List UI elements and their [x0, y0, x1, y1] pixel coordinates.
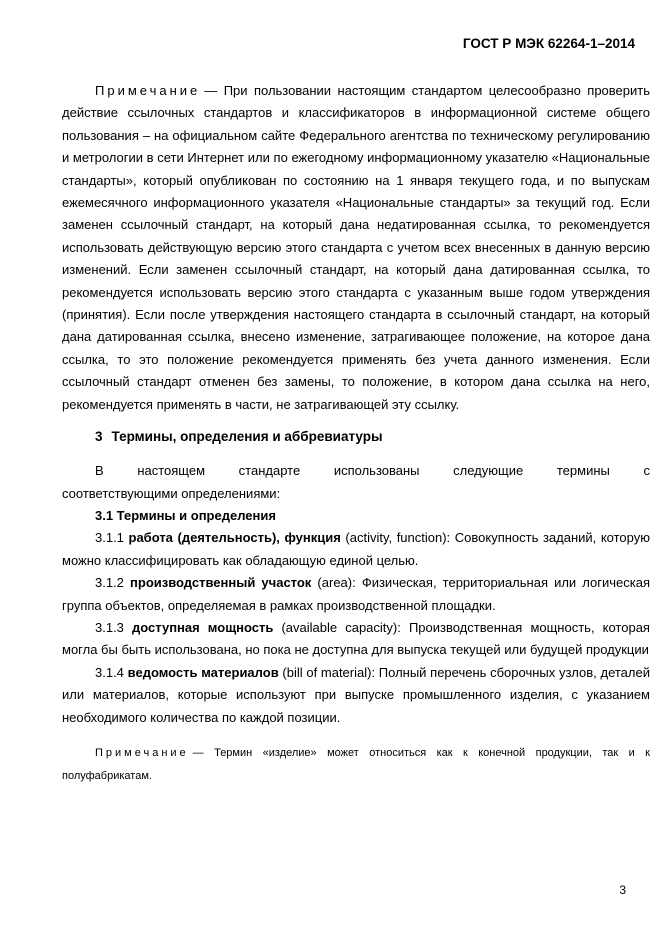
term-definition-3-1-4: 3.1.4 ведомость материалов (bill of mate…	[62, 662, 650, 729]
standard-number: ГОСТ Р МЭК 62264-1–2014	[463, 36, 635, 51]
note-label: Примечание	[95, 83, 200, 98]
term-number: 3.1.4	[95, 665, 128, 680]
note-text: — При пользовании настоящим стандартом ц…	[62, 83, 650, 412]
section-title: Термины, определения и аббревиатуры	[112, 429, 383, 444]
term-definition-3-1-3: 3.1.3 доступная мощность (available capa…	[62, 617, 650, 662]
term-english: (activity, function):	[341, 530, 455, 545]
term-name: ведомость материалов	[128, 665, 279, 680]
note-product-term: Примечание— Термин «изделие» может относ…	[62, 742, 650, 788]
term-number: 3.1.3	[95, 620, 132, 635]
note-label: Примечание	[95, 747, 189, 759]
intro-line-1: В настоящем стандарте использованы следу…	[62, 460, 650, 482]
term-english: (available capacity):	[273, 620, 409, 635]
term-english: (bill of material):	[279, 665, 379, 680]
term-english: (area):	[311, 575, 362, 590]
term-number: 3.1.1	[95, 530, 129, 545]
intro-line-2: соответствующими определениями:	[62, 483, 650, 505]
term-name: работа (деятельность), функция	[129, 530, 341, 545]
term-definition-3-1-2: 3.1.2 производственный участок (area): Ф…	[62, 572, 650, 617]
term-number: 3.1.2	[95, 575, 130, 590]
page-number: 3	[619, 883, 626, 897]
note-references: Примечание— При пользовании настоящим ст…	[62, 80, 650, 416]
subsection-heading: 3.1 Термины и определения	[62, 505, 650, 527]
page-header: ГОСТ Р МЭК 62264-1–2014	[62, 36, 650, 52]
term-name: производственный участок	[130, 575, 311, 590]
section-number: 3	[95, 429, 103, 444]
document-page: ГОСТ Р МЭК 62264-1–2014 Примечание— При …	[0, 0, 662, 935]
section-heading: 3Термины, определения и аббревиатуры	[62, 427, 650, 447]
term-definition-3-1-1: 3.1.1 работа (деятельность), функция (ac…	[62, 527, 650, 572]
term-name: доступная мощность	[132, 620, 273, 635]
